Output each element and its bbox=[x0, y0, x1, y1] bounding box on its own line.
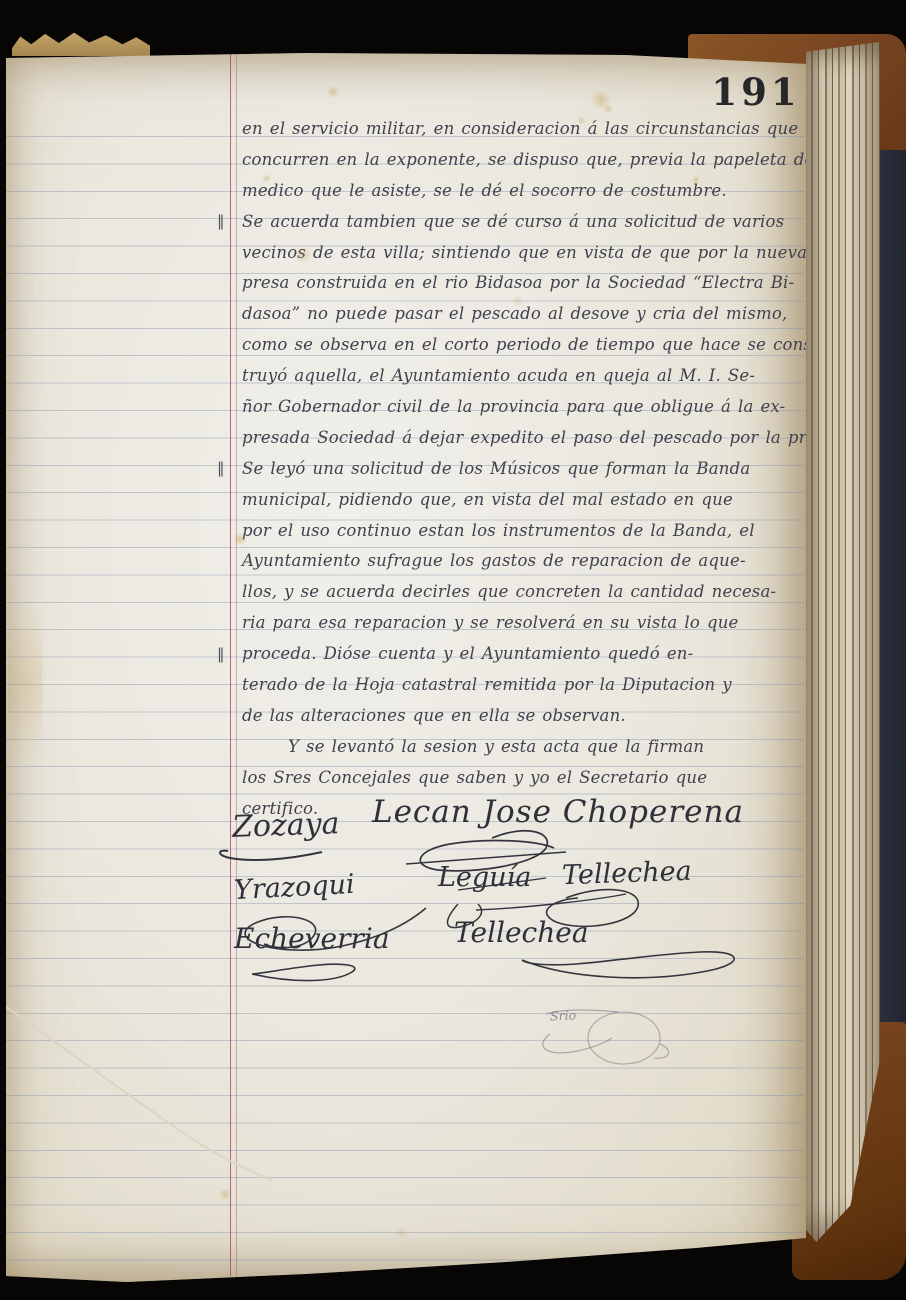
manuscript-line: como se observa en el corto periodo de t… bbox=[242, 330, 800, 361]
manuscript-page: 191 ‖ ‖ ‖ en el servicio militar, en con… bbox=[6, 52, 806, 1284]
foxing-spot bbox=[395, 1228, 407, 1238]
manuscript-line: Ayuntamiento sufrague los gastos de repa… bbox=[242, 546, 800, 577]
paragraph-mark: ‖ bbox=[217, 212, 225, 230]
manuscript-line: truyó aquella, el Ayuntamiento acuda en … bbox=[242, 361, 800, 392]
book-photo: 191 ‖ ‖ ‖ en el servicio militar, en con… bbox=[0, 0, 906, 1300]
manuscript-line: presa construida en el rio Bidasoa por l… bbox=[242, 268, 800, 299]
foxing-spot bbox=[692, 176, 700, 184]
manuscript-line: Y se levantó la sesion y esta acta que l… bbox=[242, 732, 800, 763]
manuscript-line: medico que le asiste, se le dé el socorr… bbox=[242, 176, 800, 207]
paragraph-mark: ‖ bbox=[217, 645, 225, 663]
manuscript-line: Se leyó una solicitud de los Músicos que… bbox=[242, 454, 800, 485]
margin-line bbox=[236, 54, 237, 1276]
signature-yrazoqui: Yrazoqui bbox=[233, 869, 355, 906]
page-number-stamp: 191 bbox=[704, 70, 808, 114]
manuscript-line: ñor Gobernador civil de la provincia par… bbox=[242, 392, 800, 423]
signature-zozaya: Zozaya bbox=[231, 806, 340, 845]
manuscript-line: los Sres Concejales que saben y yo el Se… bbox=[242, 763, 800, 794]
signature-echeverria: Echeverria bbox=[234, 922, 390, 955]
signature-tellechea-2: Tellechea bbox=[454, 916, 589, 949]
foxing-spot bbox=[218, 1188, 232, 1200]
page-edge-stack bbox=[806, 42, 880, 1254]
foxing-spot bbox=[577, 116, 586, 125]
foxing-spot bbox=[262, 174, 271, 183]
manuscript-line: llos, y se acuerda decirles que concrete… bbox=[242, 577, 800, 608]
manuscript-line: terado de la Hoja catastral remitida por… bbox=[242, 670, 800, 701]
manuscript-line: ria para esa reparacion y se resolverá e… bbox=[242, 608, 800, 639]
manuscript-line: proceda. Dióse cuenta y el Ayuntamiento … bbox=[242, 639, 800, 670]
manuscript-line: en el servicio militar, en consideracion… bbox=[242, 114, 800, 145]
foxing-spot bbox=[512, 296, 524, 306]
foxing-spot bbox=[292, 246, 314, 264]
foxing-spot bbox=[603, 104, 613, 114]
foxing-spot bbox=[326, 86, 340, 98]
manuscript-line: municipal, pidiendo que, en vista del ma… bbox=[242, 485, 800, 516]
margin-line bbox=[230, 54, 231, 1276]
signature-secretary-rubric: Srio bbox=[550, 1008, 577, 1024]
torn-paper-remnant bbox=[12, 30, 150, 56]
manuscript-text: en el servicio militar, en consideracion… bbox=[242, 114, 800, 824]
manuscript-line: Se acuerda tambien que se dé curso á una… bbox=[242, 207, 800, 238]
manuscript-line: presada Sociedad á dejar expedito el pas… bbox=[242, 423, 800, 454]
manuscript-line: de las alteraciones que en ella se obser… bbox=[242, 701, 800, 732]
signature-choperena: Lecan Jose Choperena bbox=[372, 794, 744, 830]
manuscript-line: concurren en la exponente, se dispuso qu… bbox=[242, 145, 800, 176]
paragraph-mark: ‖ bbox=[217, 459, 225, 477]
manuscript-line: por el uso continuo estan los instrument… bbox=[242, 516, 800, 547]
foxing-spot bbox=[232, 532, 248, 546]
manuscript-line: vecinos de esta villa; sintiendo que en … bbox=[242, 238, 800, 269]
signature-leguia: Leguía bbox=[438, 862, 531, 893]
signature-tellechea-1: Tellechea bbox=[561, 856, 692, 892]
foxing-spot bbox=[8, 572, 42, 792]
